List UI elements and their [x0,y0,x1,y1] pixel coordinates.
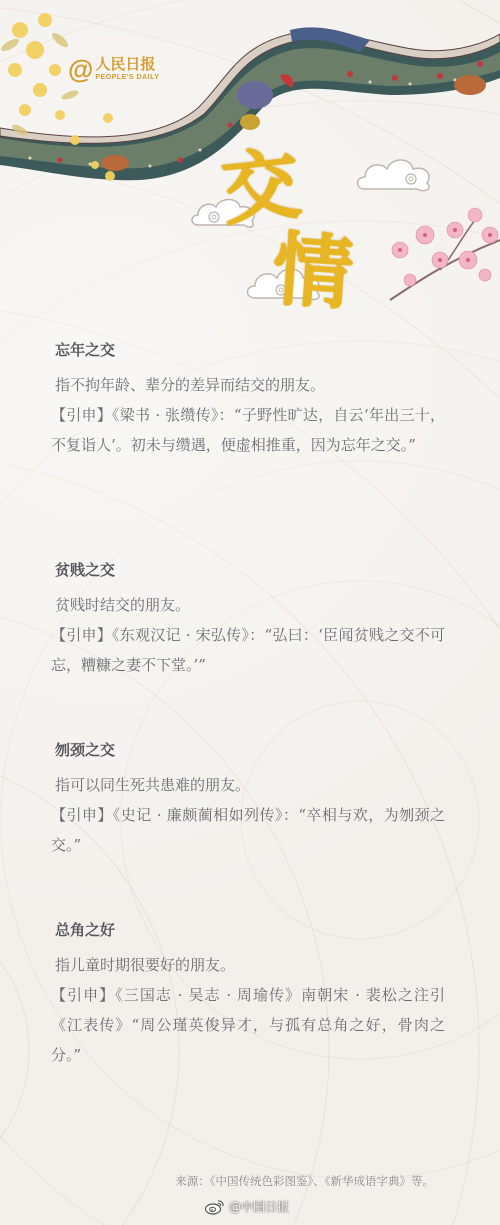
weibo-watermark: @中国日报 [205,1198,289,1215]
entry-quote: 【引申】《东观汉记 · 宋弘传》：“弘曰：‘臣闻贫贱之交不可忘，糟糠之妻不下堂。… [51,620,445,680]
peoples-daily-logo: @ 人民日报 PEOPLE'S DAILY [68,56,159,82]
entry-quote: 【引申】《三国志 · 吴志 · 周瑜传》南朝宋 · 裴松之注引《江表传》“周公瑾… [51,980,445,1070]
entry-wenjing: 刎颈之交 指可以同生死共患难的朋友。 【引申】《史记 · 廉颇蔺相如列传》：“卒… [55,740,445,860]
watermark-text: @中国日报 [229,1198,289,1215]
logo-at-symbol: @ [68,56,93,82]
header-banner: @ 人民日报 PEOPLE'S DAILY 交 [0,0,500,320]
entry-title: 贫贱之交 [55,560,445,580]
title-char-qing: 情 [269,204,357,324]
entry-definition: 指儿童时期很要好的朋友。 [55,950,445,980]
entry-title: 刎颈之交 [55,740,445,760]
title-calligraphy: 交 情 [215,125,385,310]
entry-quote: 【引申】《梁书 · 张缵传》：“子野性旷达，自云‘年出三十，不复诣人’。初未与缵… [51,400,445,460]
entry-pinjian: 贫贱之交 贫贱时结交的朋友。 【引申】《东观汉记 · 宋弘传》：“弘曰：‘臣闻贫… [55,560,445,680]
weibo-icon [205,1199,225,1215]
entry-title: 总角之好 [55,920,445,940]
entry-definition: 指不拘年龄、辈分的差异而结交的朋友。 [55,370,445,400]
plum-blossom-illustration [380,200,500,315]
entry-wangnian: 忘年之交 指不拘年龄、辈分的差异而结交的朋友。 【引申】《梁书 · 张缵传》：“… [55,340,445,460]
entry-definition: 指可以同生死共患难的朋友。 [55,770,445,800]
entry-zongjiao: 总角之好 指儿童时期很要好的朋友。 【引申】《三国志 · 吴志 · 周瑜传》南朝… [55,920,445,1070]
entry-definition: 贫贱时结交的朋友。 [55,590,445,620]
logo-name-cn: 人民日报 [95,56,159,73]
entry-quote: 【引申】《史记 · 廉颇蔺相如列传》：“卒相与欢，为刎颈之交。” [51,800,445,860]
logo-name-en: PEOPLE'S DAILY [95,73,159,82]
source-citation: 来源：《中国传统色彩图鉴》、《新华成语字典》等。 [175,1173,434,1189]
entry-title: 忘年之交 [55,340,445,360]
